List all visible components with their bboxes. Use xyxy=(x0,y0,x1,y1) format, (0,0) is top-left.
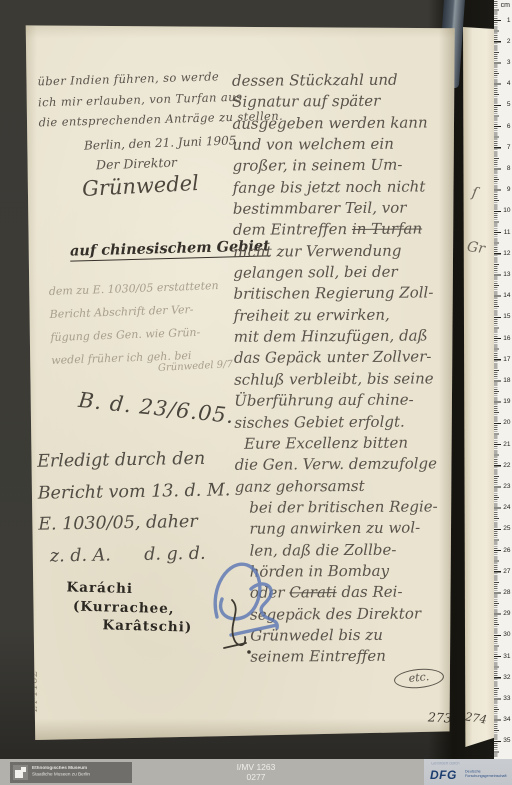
ruler-cm-label: 16 xyxy=(503,335,510,342)
ruler-cm-label: 27 xyxy=(503,568,510,575)
ruler-cm-label: 6 xyxy=(507,123,511,130)
manuscript-line: großer, in seinem Um- xyxy=(233,155,459,178)
manuscript-line: Signatur auf später xyxy=(232,91,458,114)
manuscript-line: E. 1030/05, daher xyxy=(38,506,231,541)
ruler-cm-label: 30 xyxy=(503,631,510,638)
ruler-cm-label: 17 xyxy=(503,356,510,363)
funding-badge: Gefördert durch DFG Deutsche Forschungsg… xyxy=(424,759,512,785)
funding-prefix: Gefördert durch xyxy=(431,762,460,766)
manuscript-line: Bericht vom 13. d. M. xyxy=(37,475,230,510)
ruler-cm-label: 14 xyxy=(503,292,510,299)
ruler-cm-label: 9 xyxy=(507,186,511,193)
ruler-cm-label: 35 xyxy=(503,737,510,744)
ruler-cm-label: 2 xyxy=(507,38,511,45)
place-note-karachi: Karáchi(Kurrachee,Karâtschi) xyxy=(65,578,193,637)
ink-paraph-mark xyxy=(220,596,254,658)
facing-page-fragment: ſ xyxy=(471,185,479,202)
manuscript-line: freiheit zu erwirken, xyxy=(234,304,460,327)
page-number: 273 xyxy=(428,709,453,725)
facing-page-fragment: Gr xyxy=(466,239,486,257)
manuscript-line: Überführung auf chine- xyxy=(234,389,460,412)
manuscript-line: Eure Excellenz bitten xyxy=(234,432,460,455)
director-line: Der Direktor xyxy=(96,155,177,173)
manuscript-line: mit dem Hinzufügen, daß xyxy=(234,325,460,348)
ruler-cm-label: 19 xyxy=(503,398,510,405)
manuscript-line: nicht zur Verwendung xyxy=(233,240,459,263)
manuscript-line: bestimmbarer Teil, vor xyxy=(233,197,459,220)
signature-gruenwedel: Grünwedel xyxy=(81,171,199,201)
dateline: Berlin, den 21. Juni 1905 xyxy=(84,133,237,152)
facing-page-edge: ſ Gr 274 xyxy=(463,27,497,747)
ruler-cm-label: 32 xyxy=(503,674,510,681)
ruler-cm-label: 7 xyxy=(507,144,511,151)
manuscript-line: bei der britischen Regie- xyxy=(235,496,461,519)
manuscript-line: Karâtschi) xyxy=(102,616,192,637)
manuscript-line: ganz gehorsamst xyxy=(235,475,461,498)
ruler-cm-label: 8 xyxy=(507,165,511,172)
manuscript-page: über Indien führen, so werdeich mir erla… xyxy=(24,24,456,740)
manuscript-line: rung anwirken zu wol- xyxy=(235,517,461,540)
ruler-cm-label: 12 xyxy=(503,250,510,257)
ruler-cm-label: 5 xyxy=(507,101,511,108)
manuscript-line: gelangen soll, bei der xyxy=(233,261,459,284)
manuscript-line: das Gepäck unter Zollver- xyxy=(234,347,460,370)
docket-note: B. d. 23/6.05. xyxy=(77,388,235,428)
ruler-cm-label: 22 xyxy=(503,462,510,469)
dfg-logo: DFG xyxy=(430,768,457,782)
manuscript-line: ausgegeben werden kann xyxy=(232,112,458,135)
ruler-cm-label: 31 xyxy=(503,653,510,660)
ruler-cm-label: 23 xyxy=(503,483,510,490)
manuscript-line: Erledigt durch den xyxy=(37,443,230,478)
ruler-cm-label: 1 xyxy=(507,17,511,24)
manuscript-line: dem Eintreffen in Turfan xyxy=(233,219,459,242)
manuscript-line: die Gen. Verw. demzufolge xyxy=(235,453,461,476)
manuscript-line: und von welchem ein xyxy=(232,133,458,156)
ruler-cm-label: 26 xyxy=(503,547,510,554)
closing-flourish: etc. xyxy=(393,667,444,690)
funding-name-line2: Forschungsgemeinschaft xyxy=(465,774,507,778)
manuscript-line: dessen Stückzahl und xyxy=(232,69,458,92)
ruler-cm-label: 13 xyxy=(503,271,510,278)
manuscript-line: seinem Eintreffen xyxy=(236,645,462,668)
ruler-cm-label: 21 xyxy=(503,441,510,448)
ruler-cm-label: 10 xyxy=(503,207,510,214)
ruler-cm-label: 24 xyxy=(503,504,510,511)
ruler-cm-label: 3 xyxy=(507,59,511,66)
ruler-cm-label: 18 xyxy=(503,377,510,384)
manuscript-line: (Kurrachee, xyxy=(73,597,193,619)
ruler-cm-label: 29 xyxy=(503,610,510,617)
archival-margin-note: IA 1102 xyxy=(28,670,40,712)
ruler-cm-label: 28 xyxy=(503,589,510,596)
facing-page-number: 274 xyxy=(464,709,488,726)
cm-ruler: cm 1234567891011121314151617181920212223… xyxy=(494,0,512,759)
manuscript-line: sisches Gebiet erfolgt. xyxy=(234,411,460,434)
ruler-cm-label: 11 xyxy=(504,229,511,236)
ruler-unit-label: cm xyxy=(501,2,510,9)
ruler-cm-label: 4 xyxy=(507,80,511,87)
ruler-cm-label: 34 xyxy=(503,716,510,723)
ruler-cm-label: 33 xyxy=(503,695,510,702)
ruler-cm-label: 20 xyxy=(503,419,510,426)
manuscript-line: britischen Regierung Zoll- xyxy=(233,283,459,306)
digitization-footer-bar: Ethnologisches Museum Staatliche Museen … xyxy=(0,759,512,785)
ruler-cm-label: 25 xyxy=(503,525,510,532)
manuscript-line: fange bis jetzt noch nicht xyxy=(233,176,459,199)
scanned-archive-image: über Indien führen, so werdeich mir erla… xyxy=(0,0,512,785)
pencil-note-lines: dem zu E. 1030/05 erstattetenBericht Abs… xyxy=(48,274,221,372)
funding-name: Deutsche Forschungsgemeinschaft xyxy=(465,770,507,778)
ruler-cm-label: 15 xyxy=(503,313,510,320)
manuscript-line: schluß verbleibt, bis seine xyxy=(234,368,460,391)
